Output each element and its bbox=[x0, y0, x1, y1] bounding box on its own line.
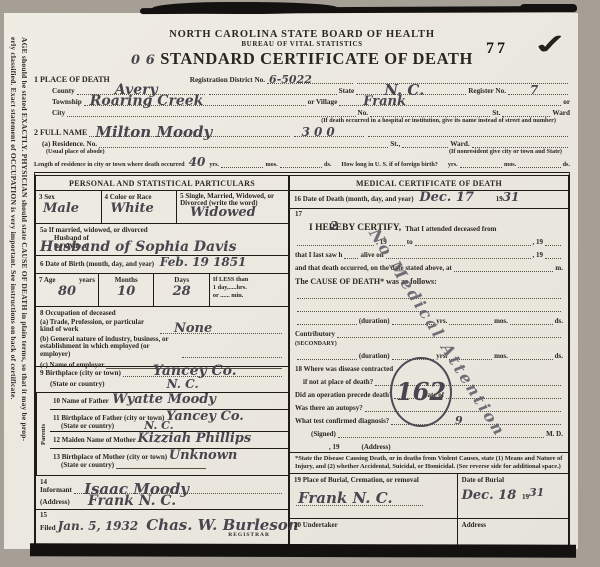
footnote: *State the Disease Causing Death, or in … bbox=[290, 452, 568, 474]
howlong-label: How long in U. S. if of foreign birth? bbox=[341, 161, 438, 168]
dotted-line: 300 bbox=[294, 135, 364, 137]
contributory-label: Contributory bbox=[295, 330, 335, 338]
parents-rows: 10 Name of Father Wyatte Moody 11 Birthp… bbox=[50, 393, 288, 475]
dotted-line bbox=[209, 93, 337, 95]
state-country-label-3: (State or country) bbox=[61, 461, 114, 469]
address-19-line: , 19 (Address) bbox=[295, 438, 563, 451]
father-name-row: 10 Name of Father Wyatte Moody bbox=[50, 393, 288, 410]
state-country-label: (State or country) bbox=[50, 380, 105, 388]
dotted-line: 6-5022 bbox=[267, 82, 353, 84]
days-label: Days bbox=[157, 276, 205, 284]
medical-column-header: MEDICAL CERTIFICATE OF DEATH bbox=[290, 176, 568, 191]
dotted-line bbox=[338, 436, 544, 438]
occupation-label: 8 Occupation of deceased bbox=[40, 309, 284, 317]
abode-note: (Usual place of abode) bbox=[46, 148, 105, 155]
burial-date-cell: Date of Burial Dec. 18 1931 bbox=[457, 474, 568, 518]
attended-from-line: , 19 to , 19 bbox=[295, 233, 563, 246]
scan-artifact-top-blob bbox=[152, 2, 337, 14]
informant-label: Informant bbox=[40, 486, 72, 494]
mos-label-2: mos. bbox=[504, 161, 516, 168]
occupation-a-value: None bbox=[174, 324, 212, 334]
burial-place-value: Frank N. C. bbox=[296, 492, 423, 506]
certificate-number-stamp: 77 bbox=[486, 40, 508, 58]
birthplace-state-value: N. C. bbox=[167, 380, 199, 390]
handwritten-small-9: 9 bbox=[455, 417, 463, 426]
test-label: What test confirmed diagnosis? bbox=[295, 417, 389, 425]
md-label: M. D. bbox=[546, 430, 563, 438]
sex-race-marital-row: 3 Sex Male 4 Color or Race White 5 Singl… bbox=[36, 191, 288, 224]
burial-place-label: 19 Place of Burial, Cremation, or remova… bbox=[294, 476, 453, 484]
item18-label-1: 18 Where was disease contracted bbox=[295, 365, 393, 373]
ds-label-2: ds. bbox=[563, 161, 570, 168]
filed-date-value: Jan. 5, 1932 bbox=[58, 522, 139, 532]
mother-name-row: 12 Maiden Name of Mother Kizziah Phillip… bbox=[50, 432, 288, 449]
length-of-residence-row: Length of residence in city or town wher… bbox=[34, 158, 570, 168]
father-value: Wyatte Moody bbox=[112, 392, 215, 407]
dotted-line bbox=[415, 244, 531, 246]
document-title-text: STANDARD CERTIFICATE OF DEATH bbox=[160, 49, 473, 69]
father-birthplace-value: Yancey Co. bbox=[166, 409, 244, 424]
margin-instructions: AGE should be stated EXACTLY. PHYSICIAN … bbox=[8, 37, 30, 555]
parents-section: Parents 10 Name of Father Wyatte Moody 1… bbox=[36, 393, 288, 476]
ward2-label: Ward. bbox=[450, 140, 469, 148]
place-of-death-label: 1 PLACE OF DEATH bbox=[34, 75, 110, 84]
personal-column-header: PERSONAL AND STATISTICAL PARTICULARS bbox=[36, 176, 288, 191]
dotted-line bbox=[402, 146, 448, 148]
dotted-line bbox=[280, 166, 322, 168]
informant-row: 14 Informant Isaac Moody (Address) Frank… bbox=[36, 476, 288, 510]
item-17-number: 17 bbox=[295, 210, 563, 218]
length-value: 40 bbox=[189, 158, 206, 168]
filed-line: Filed Jan. 5, 1932 Chas. W. Burleson bbox=[40, 519, 284, 532]
birthplace-row: 9 Birthplace (city or town) Yancey Co. (… bbox=[36, 367, 288, 393]
dotted-line bbox=[449, 323, 492, 325]
c19-c: , 19 bbox=[533, 251, 544, 259]
dotted-line bbox=[297, 358, 357, 360]
dotted-line bbox=[67, 115, 355, 117]
spacer bbox=[393, 450, 561, 451]
date-of-death-value: Dec. 17 bbox=[419, 190, 474, 205]
birthplace-line: 9 Birthplace (city or town) Yancey Co. bbox=[40, 369, 284, 377]
handwritten-title-prefix: 0 6 bbox=[131, 53, 155, 68]
father-birthplace-state-value: N. C. bbox=[144, 422, 173, 431]
length-label: Length of residence in city or town wher… bbox=[34, 161, 185, 168]
nonresident-note: (If nonresident give city or town and St… bbox=[449, 148, 562, 155]
certificate-header: NORTH CAROLINA STATE BOARD OF HEALTH BUR… bbox=[34, 18, 570, 69]
age-days-cell: Days 28 bbox=[154, 274, 209, 306]
burial-printed-19: 19 bbox=[522, 493, 529, 501]
registration-district-value: 6-5022 bbox=[269, 76, 312, 85]
certificate-content: NORTH CAROLINA STATE BOARD OF HEALTH BUR… bbox=[34, 18, 570, 553]
register-no-label: Register No. bbox=[468, 87, 506, 95]
certify-rest: That I attended deceased from bbox=[405, 225, 496, 233]
mos-label: mos. bbox=[265, 161, 277, 168]
occupation-b-row: (b) General nature of industry, business… bbox=[40, 336, 284, 359]
certify-section: 17 I HEREBY CERTIFY, That I attended dec… bbox=[290, 209, 568, 452]
scan-artifact-top-right bbox=[520, 4, 577, 12]
city-row: City No. St. Ward bbox=[34, 109, 570, 117]
printed-19: 19 bbox=[496, 195, 503, 203]
filed-row: 15 Filed Jan. 5, 1932 Chas. W. Burleson … bbox=[36, 510, 288, 540]
birthplace-value: Yancey Co. bbox=[153, 366, 237, 377]
burial-year-value: 31 bbox=[529, 486, 544, 499]
full-name-value: Milton Moody bbox=[95, 126, 212, 138]
dob-label: 6 Date of Birth (month, day, and year) bbox=[40, 260, 154, 268]
ds-label-m1: ds. bbox=[555, 317, 563, 325]
dotted-line: Yancey Co. bbox=[123, 375, 282, 377]
mother-birthplace-value: Unknown bbox=[169, 448, 238, 463]
state-label: State bbox=[339, 87, 355, 95]
row5a-label: 5a If married, widowed, or divorced bbox=[40, 226, 284, 234]
yrs-label: yrs. bbox=[209, 161, 219, 168]
checkmark-icon: ✓ bbox=[530, 29, 572, 61]
no-label: No. bbox=[358, 109, 369, 117]
father-birthplace-state-line: (State or country) N. C. bbox=[53, 422, 285, 431]
ds-label-m2: ds. bbox=[555, 352, 563, 360]
less-label-2: 1 day,.....hrs. bbox=[213, 284, 285, 292]
ds-label: ds. bbox=[324, 161, 331, 168]
mother-birthplace-label: 13 Birthplace of Mother (city or town) bbox=[53, 453, 167, 461]
sex-label: 3 Sex bbox=[39, 193, 98, 201]
occurred-label: and that death occurred, on the date sta… bbox=[295, 264, 452, 272]
dotted-line bbox=[518, 166, 560, 168]
township-value: Roaring Creek bbox=[90, 96, 204, 107]
cause-blank-line-1 bbox=[295, 286, 563, 299]
father-birthplace-row: 11 Birthplace of Father (city or town) Y… bbox=[50, 410, 288, 432]
dotted-line bbox=[297, 244, 374, 246]
undertaker-address-label: Address bbox=[462, 521, 564, 529]
scan-artifact-bottom-band bbox=[30, 543, 576, 557]
m-label: m. bbox=[555, 264, 563, 272]
village-label: or Village bbox=[308, 98, 338, 106]
signed-address-label: (Address) bbox=[362, 443, 391, 451]
hospital-note: (If death occurred in a hospital or inst… bbox=[321, 117, 556, 124]
full-name-row: 2 FULL NAME Milton Moody 300 bbox=[34, 128, 570, 137]
margin-line-2: erly classified. Exact statement of OCCU… bbox=[8, 37, 19, 555]
years-label: years bbox=[79, 276, 95, 284]
dotted-line: Milton Moody bbox=[89, 135, 289, 137]
dotted-line bbox=[454, 270, 554, 272]
registration-district-label: Registration District No. bbox=[190, 76, 265, 84]
dotted-line: Roaring Creek bbox=[84, 104, 306, 106]
st-label: St. bbox=[492, 109, 500, 117]
spacer: Frank N. C. bbox=[72, 505, 282, 506]
city-label: City bbox=[52, 109, 65, 117]
undertaker-label: 20 Undertaker bbox=[294, 521, 453, 529]
sig19-label: , 19 bbox=[329, 443, 340, 451]
parents-rotated-label: Parents bbox=[36, 393, 50, 475]
handwritten-mark-2: 2 bbox=[330, 222, 338, 232]
occupation-b-label: (b) General nature of industry, business… bbox=[40, 336, 180, 359]
color-race-value: White bbox=[111, 204, 174, 214]
secondary-label: (SECONDARY) bbox=[295, 341, 337, 347]
filed-label: Filed bbox=[40, 524, 56, 532]
sex-cell: 3 Sex Male bbox=[36, 191, 102, 223]
full-name-extra: 300 bbox=[302, 128, 339, 138]
marital-value: Widowed bbox=[190, 208, 285, 218]
dotted-line: Frank bbox=[339, 104, 561, 106]
age-label: 7 Age bbox=[39, 276, 56, 284]
dotted-line bbox=[545, 257, 561, 259]
birthplace-label: 9 Birthplace (city or town) bbox=[40, 369, 121, 377]
spouse-value: Husband of Sophia Davis bbox=[40, 242, 236, 253]
informant-line: Informant Isaac Moody bbox=[40, 486, 284, 494]
certificate-paper: AGE should be stated EXACTLY. PHYSICIAN … bbox=[4, 13, 578, 549]
dotted-line bbox=[368, 135, 568, 137]
signed-label: (Signed) bbox=[311, 430, 336, 438]
burial-date-label: Date of Burial bbox=[462, 476, 564, 484]
age-days-value: 28 bbox=[157, 287, 205, 297]
duration-label-1: (duration) bbox=[359, 317, 390, 325]
dotted-line: None bbox=[160, 332, 282, 334]
ward-label: Ward bbox=[552, 109, 570, 117]
lastsaw-label: that I last saw h bbox=[295, 251, 342, 259]
medical-column: MEDICAL CERTIFICATE OF DEATH 16 Date of … bbox=[290, 176, 568, 552]
dotted-line bbox=[344, 257, 358, 259]
occupation-row: 8 Occupation of deceased (a) Trade, Prof… bbox=[36, 307, 288, 367]
dotted-line bbox=[472, 146, 568, 148]
occupation-a-row: (a) Trade, Profession, or particular kin… bbox=[40, 319, 284, 334]
residence-notes-row: (Usual place of abode) (If nonresident g… bbox=[34, 148, 570, 155]
yrs-label-2: yrs. bbox=[448, 161, 458, 168]
cause-of-death-line: The CAUSE OF DEATH* was as follows: bbox=[295, 272, 563, 286]
sex-value: Male bbox=[43, 204, 98, 214]
last-saw-line: that I last saw h alive on , 19 bbox=[295, 246, 563, 259]
months-label: Months bbox=[102, 276, 150, 284]
informant-address-value: Frank N. C. bbox=[88, 496, 176, 507]
state-country-label-2: (State or country) bbox=[61, 422, 114, 431]
township-row: Township Roaring Creek or Village Frank … bbox=[34, 98, 570, 106]
spacer: N. C. bbox=[107, 387, 282, 388]
handwritten-circled-code: 162 bbox=[390, 357, 452, 427]
c19-b: , 19 bbox=[533, 238, 544, 246]
mother-birthplace-row: 13 Birthplace of Mother (city or town) U… bbox=[50, 449, 288, 469]
burial-date-value: Dec. 18 bbox=[462, 488, 517, 503]
dotted-line bbox=[370, 115, 490, 117]
death-occurred-line: and that death occurred, on the date sta… bbox=[295, 259, 563, 272]
full-name-label: 2 FULL NAME bbox=[34, 128, 87, 137]
color-race-cell: 4 Color or Race White bbox=[102, 191, 178, 223]
mos-label-m1: mos. bbox=[494, 317, 508, 325]
age-years-cell: 7 Ageyears 80 bbox=[36, 274, 99, 306]
age-row: 7 Ageyears 80 Months 10 Days 28 If LESS … bbox=[36, 274, 288, 307]
secondary-line: (SECONDARY) bbox=[295, 338, 563, 347]
age-months-value: 10 bbox=[102, 287, 150, 297]
residence-row: (a) Residence. No. St., Ward. bbox=[34, 140, 570, 148]
township-label: Township bbox=[52, 98, 82, 106]
item18-label-2: if not at place of death? bbox=[303, 378, 373, 386]
dotted-line bbox=[460, 166, 502, 168]
county-label: County bbox=[52, 87, 75, 95]
dotted-line bbox=[545, 244, 561, 246]
spouse-row: 5a If married, widowed, or divorced Husb… bbox=[36, 224, 288, 256]
marital-cell: 5 Single, Married, Widowed, or Divorced … bbox=[177, 191, 288, 223]
or-label: or bbox=[563, 98, 570, 106]
occupation-a-label: (a) Trade, Profession, or particular kin… bbox=[40, 319, 158, 334]
informant-address-label: (Address) bbox=[40, 498, 70, 506]
dotted-line bbox=[182, 356, 282, 358]
less-label-1: If LESS than bbox=[213, 276, 285, 284]
less-label-3: or ...... min. bbox=[213, 292, 285, 300]
dotted-line bbox=[446, 397, 561, 399]
dotted-line bbox=[502, 115, 550, 117]
dotted-line bbox=[221, 166, 263, 168]
operation-label: Did an operation precede death? bbox=[295, 391, 392, 399]
dotted-line bbox=[99, 146, 388, 148]
mother-value: Kizziah Phillips bbox=[137, 431, 251, 446]
dotted-line bbox=[510, 323, 553, 325]
board-title: NORTH CAROLINA STATE BOARD OF HEALTH bbox=[34, 18, 570, 40]
age-months-cell: Months 10 bbox=[99, 274, 154, 306]
dotted-line bbox=[386, 257, 531, 259]
to-label: to bbox=[407, 238, 413, 246]
dotted-line: 7 bbox=[508, 93, 568, 95]
burial-place-cell: 19 Place of Burial, Cremation, or remova… bbox=[290, 474, 457, 518]
signed-line: (Signed) M. D. bbox=[295, 425, 563, 438]
mother-label: 12 Maiden Name of Mother bbox=[53, 436, 136, 444]
color-race-label: 4 Color or Race bbox=[105, 193, 174, 201]
village-value: Frank bbox=[363, 97, 406, 107]
underline bbox=[116, 467, 206, 469]
registrar-signature: Chas. W. Burleson bbox=[146, 519, 299, 531]
certify-bold: I HEREBY CERTIFY, bbox=[309, 223, 401, 233]
duration-label-2: (duration) bbox=[359, 352, 390, 360]
date-of-death-row: 16 Date of Death (month, day, and year) … bbox=[290, 191, 568, 209]
date-of-death-year: 31 bbox=[503, 190, 520, 204]
dotted-line bbox=[510, 358, 553, 360]
burial-row: 19 Place of Burial, Cremation, or remova… bbox=[290, 473, 568, 518]
age-years-value: 80 bbox=[39, 287, 95, 297]
dob-value: Feb. 19 1851 bbox=[160, 255, 247, 269]
father-label: 10 Name of Father bbox=[53, 397, 109, 405]
less-than-day-cell: If LESS than 1 day,.....hrs. or ...... m… bbox=[210, 274, 288, 306]
residence-label: (a) Residence. No. bbox=[42, 140, 97, 148]
mos-label-m2: mos. bbox=[494, 352, 508, 360]
register-no-value: 7 bbox=[530, 86, 538, 96]
personal-column: PERSONAL AND STATISTICAL PARTICULARS 3 S… bbox=[36, 176, 290, 552]
date-of-birth-row: 6 Date of Birth (month, day, and year) F… bbox=[36, 256, 288, 274]
st2-label: St., bbox=[390, 140, 400, 148]
informant-address-line: (Address) Frank N. C. bbox=[40, 498, 284, 506]
birthplace-state-line: (State or country) N. C. bbox=[40, 380, 284, 388]
dotted-line bbox=[297, 297, 561, 299]
dotted-line bbox=[297, 323, 357, 325]
autopsy-label: Was there an autopsy? bbox=[295, 404, 363, 412]
margin-line-1: AGE should be stated EXACTLY. PHYSICIAN … bbox=[19, 37, 30, 555]
date-of-death-label: 16 Date of Death (month, day, and year) bbox=[294, 195, 414, 203]
main-form-table: PERSONAL AND STATISTICAL PARTICULARS 3 S… bbox=[34, 172, 570, 554]
burial-date-line: Dec. 18 1931 bbox=[462, 491, 564, 501]
